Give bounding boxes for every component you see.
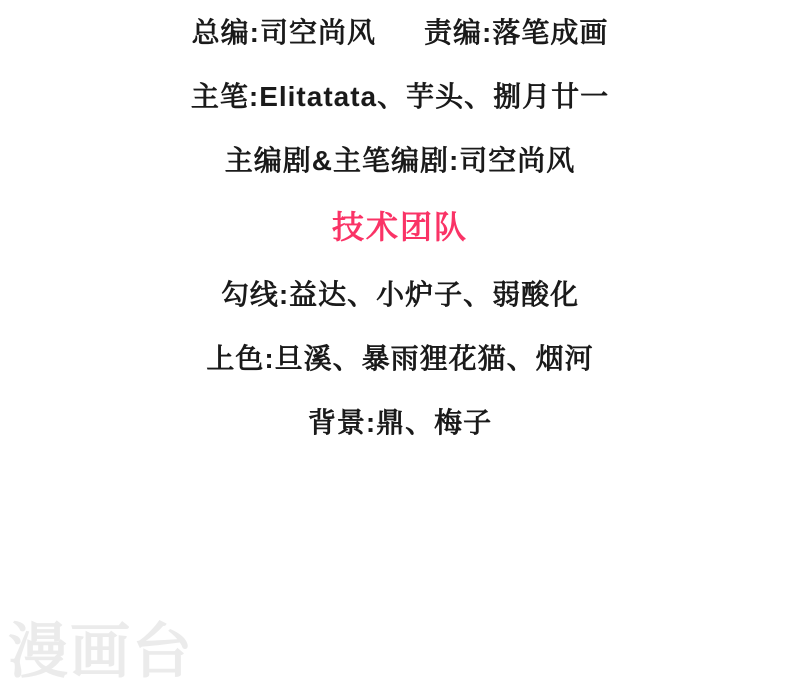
responsible-editor-credit: 责编:落笔成画 xyxy=(424,19,608,47)
credit-line-lineart: 勾线:益达、小炉子、弱酸化 xyxy=(0,281,800,309)
credit-line-background-art: 背景:鼎、梅子 xyxy=(0,409,800,437)
chief-editor-credit: 总编:司空尚风 xyxy=(192,19,376,47)
team-title: 技术团队 xyxy=(0,211,800,243)
manhuatai-watermark: 漫画台 xyxy=(8,622,194,682)
credit-line-coloring: 上色:旦溪、暴雨狸花猫、烟河 xyxy=(0,345,800,373)
credits-block: 总编:司空尚风 责编:落笔成画 主笔:Elitatata、芋头、捌月廿一 主编剧… xyxy=(0,0,800,437)
credit-line-lead-artist: 主笔:Elitatata、芋头、捌月廿一 xyxy=(0,83,800,111)
credit-line-editors: 总编:司空尚风 责编:落笔成画 xyxy=(0,19,800,47)
credits-page: 总编:司空尚风 责编:落笔成画 主笔:Elitatata、芋头、捌月廿一 主编剧… xyxy=(0,0,800,437)
credit-line-screenwriter: 主编剧&主笔编剧:司空尚风 xyxy=(0,147,800,175)
